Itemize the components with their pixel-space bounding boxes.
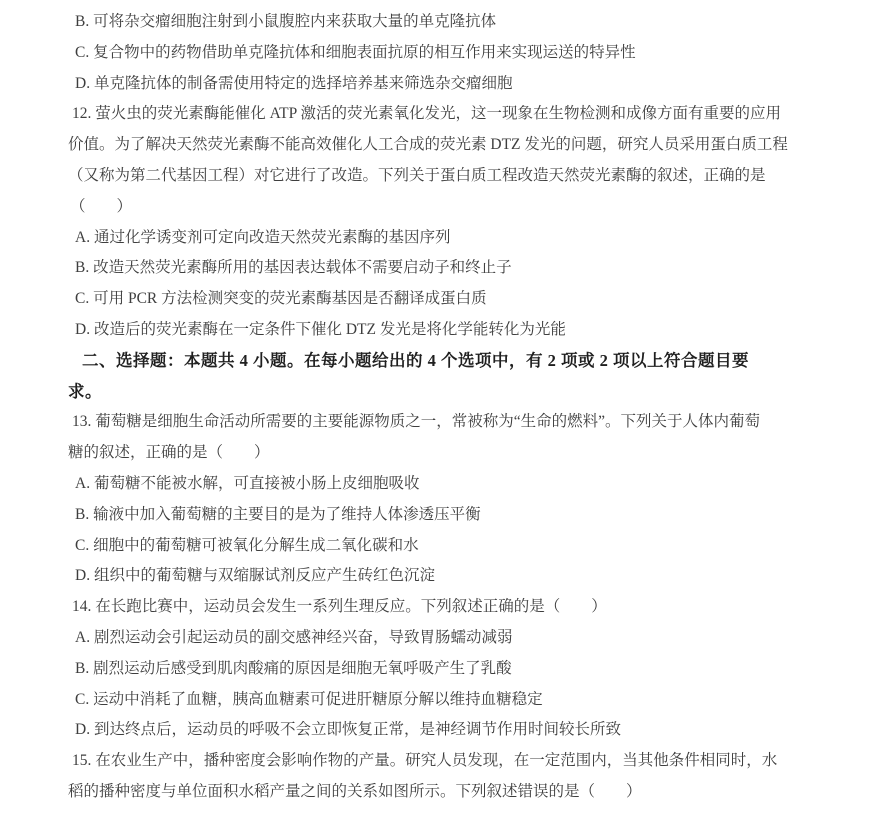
q12-stem-line2: 价值。为了解决天然荧光素酶不能高效催化人工合成的荧光素 DTZ 发光的问题，研究…	[68, 130, 860, 161]
section2-heading-line2: 求。	[68, 377, 860, 408]
section2-heading-line1: 二、选择题：本题共 4 小题。在每小题给出的 4 个选项中，有 2 项或 2 项…	[82, 346, 860, 377]
q12-option-c: C. 可用 PCR 方法检测突变的荧光素酶基因是否翻译成蛋白质	[75, 284, 860, 315]
q12-option-b: B. 改造天然荧光素酶所用的基因表达载体不需要启动子和终止子	[75, 253, 860, 284]
q14-stem: 14. 在长跑比赛中，运动员会发生一系列生理反应。下列叙述正确的是（ ）	[72, 592, 860, 623]
q13-option-c: C. 细胞中的葡萄糖可被氧化分解生成二氧化碳和水	[75, 531, 860, 562]
exam-text-block: B. 可将杂交瘤细胞注射到小鼠腹腔内来获取大量的单克隆抗体 C. 复合物中的药物…	[68, 7, 860, 808]
q12-option-d: D. 改造后的荧光素酶在一定条件下催化 DTZ 发光是将化学能转化为光能	[75, 315, 860, 346]
q13-option-d: D. 组织中的葡萄糖与双缩脲试剂反应产生砖红色沉淀	[75, 561, 860, 592]
q11-option-d: D. 单克隆抗体的制备需使用特定的选择培养基来筛选杂交瘤细胞	[75, 69, 860, 100]
q12-stem-line3: （又称为第二代基因工程）对它进行了改造。下列关于蛋白质工程改造天然荧光素酶的叙述…	[68, 161, 860, 192]
q13-stem-line2: 糖的叙述，正确的是（ ）	[68, 438, 860, 469]
q12-stem-line1: 12. 萤火虫的荧光素酶能催化 ATP 激活的荧光素氧化发光，这一现象在生物检测…	[72, 99, 860, 130]
q13-stem-line1: 13. 葡萄糖是细胞生命活动所需要的主要能源物质之一，常被称为“生命的燃料”。下…	[72, 407, 860, 438]
q13-option-b: B. 输液中加入葡萄糖的主要目的是为了维持人体渗透压平衡	[75, 500, 860, 531]
q12-answer-blank: （ ）	[70, 192, 860, 223]
q13-option-a: A. 葡萄糖不能被水解，可直接被小肠上皮细胞吸收	[75, 469, 860, 500]
q15-stem-line1: 15. 在农业生产中，播种密度会影响作物的产量。研究人员发现，在一定范围内，当其…	[72, 746, 860, 777]
document-page: B. 可将杂交瘤细胞注射到小鼠腹腔内来获取大量的单克隆抗体 C. 复合物中的药物…	[0, 0, 872, 836]
q11-option-b: B. 可将杂交瘤细胞注射到小鼠腹腔内来获取大量的单克隆抗体	[75, 7, 860, 38]
q14-option-b: B. 剧烈运动后感受到肌肉酸痛的原因是细胞无氧呼吸产生了乳酸	[75, 654, 860, 685]
q14-option-c: C. 运动中消耗了血糖，胰高血糖素可促进肝糖原分解以维持血糖稳定	[75, 685, 860, 716]
q14-option-d: D. 到达终点后，运动员的呼吸不会立即恢复正常，是神经调节作用时间较长所致	[75, 715, 860, 746]
q11-option-c: C. 复合物中的药物借助单克隆抗体和细胞表面抗原的相互作用来实现运送的特异性	[75, 38, 860, 69]
q12-option-a: A. 通过化学诱变剂可定向改造天然荧光素酶的基因序列	[75, 223, 860, 254]
q15-stem-line2: 稻的播种密度与单位面积水稻产量之间的关系如图所示。下列叙述错误的是（ ）	[68, 777, 860, 808]
q14-option-a: A. 剧烈运动会引起运动员的副交感神经兴奋，导致胃肠蠕动减弱	[75, 623, 860, 654]
